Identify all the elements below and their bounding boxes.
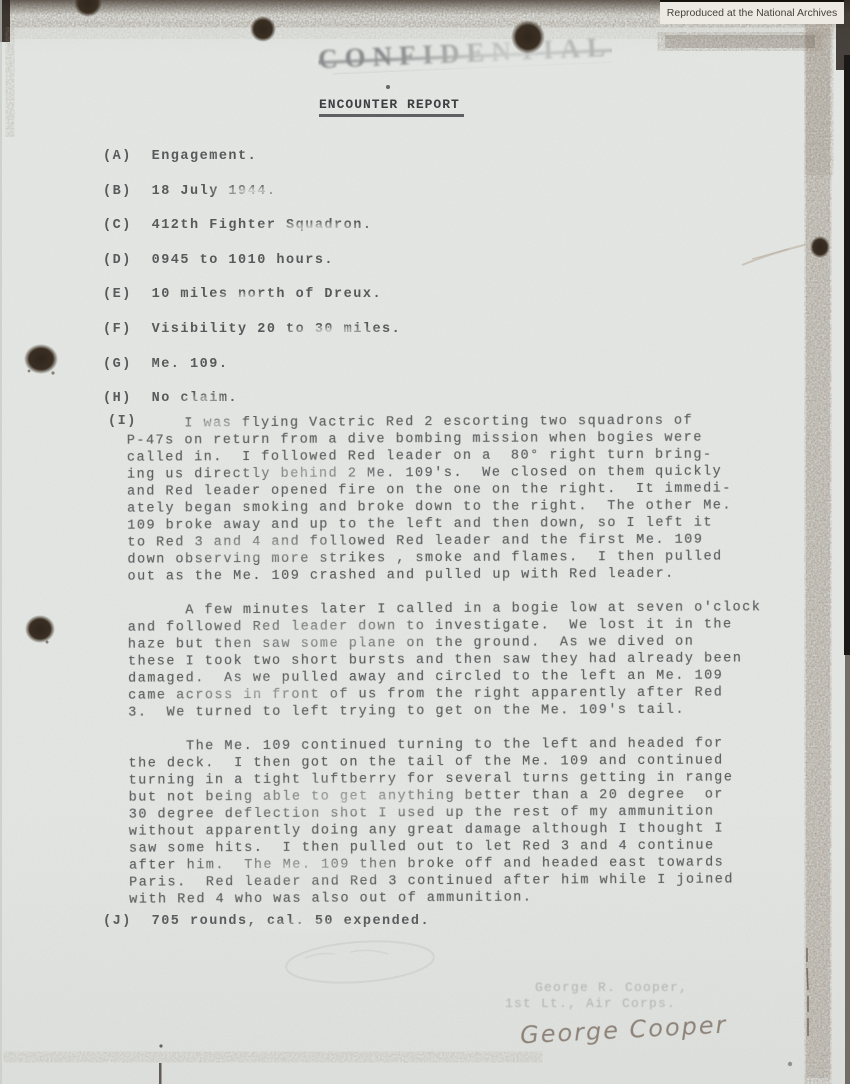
report-field-row: (A) Engagement. xyxy=(103,140,401,175)
ink-blob xyxy=(25,615,55,643)
field-label: (F) xyxy=(103,313,142,348)
stray-dot xyxy=(386,85,390,89)
right-smudge-tint xyxy=(665,35,815,48)
report-field-row: (F) Visibility 20 to 30 miles. xyxy=(103,313,401,348)
typed-signature-block: George R. Cooper, 1st Lt., Air Corps. xyxy=(505,980,688,1012)
faint-stamp-trace-squiggle xyxy=(305,950,388,958)
report-field-row: (D) 0945 to 1010 hours. xyxy=(103,244,401,279)
ink-speck xyxy=(28,370,31,373)
national-archives-stamp: Reproduced at the National Archives xyxy=(660,0,844,24)
right-page-edge-line xyxy=(844,55,850,655)
confidential-stamp: ✱ CONFIDENTIAL xyxy=(317,32,612,75)
national-archives-stamp-text: Reproduced at the National Archives xyxy=(667,7,837,19)
top-grain-band-soft xyxy=(0,22,850,38)
narrative-paragraph: A few minutes later I called in a bogie … xyxy=(128,599,769,721)
field-value: 412th Fighter Squadron. xyxy=(152,218,373,233)
field-label: (C) xyxy=(103,209,142,244)
faint-stamp-trace xyxy=(285,937,435,987)
report-title: ENCOUNTER REPORT xyxy=(319,97,464,117)
report-fields: (A) Engagement. (B) 18 July 1944. (C) 41… xyxy=(103,140,401,417)
right-smudge-band xyxy=(665,33,815,50)
ammo-label: (J) xyxy=(103,914,142,929)
field-value: 10 miles north of Dreux. xyxy=(152,287,382,302)
narrative-paragraphs: I was flying Vactric Red 2 escorting two… xyxy=(127,412,770,925)
field-label: (H) xyxy=(103,382,142,417)
report-field-row: (B) 18 July 1944. xyxy=(103,175,401,210)
narrative-paragraph: I was flying Vactric Red 2 escorting two… xyxy=(127,412,768,585)
field-label: (D) xyxy=(103,244,142,279)
bottom-ink-speck xyxy=(159,1044,162,1047)
fold-line xyxy=(807,948,808,1036)
field-value: Engagement. xyxy=(152,149,258,164)
scanned-encounter-report-page: ✱ CONFIDENTIAL ENCOUNTER REPORT (A) Enga… xyxy=(0,0,850,1084)
field-label: (G) xyxy=(103,348,142,383)
bottom-smudge-streak xyxy=(28,1052,518,1062)
field-value: 0945 to 1010 hours. xyxy=(152,253,334,268)
bottom-pen-mark xyxy=(159,1063,162,1084)
narrative-paragraph: The Me. 109 continued turning to the lef… xyxy=(128,735,769,908)
field-value: Me. 109. xyxy=(152,357,229,372)
field-value: 18 July 1944. xyxy=(152,184,277,199)
typed-signature-rank: 1st Lt., Air Corps. xyxy=(505,996,688,1012)
ink-blob xyxy=(810,236,830,258)
right-grain-strip-dark xyxy=(806,28,832,168)
ink-speck xyxy=(46,641,49,644)
ammo-row: (J) 705 rounds, cal. 50 expended. xyxy=(103,914,430,929)
ink-speck xyxy=(51,371,54,374)
field-label: (E) xyxy=(103,278,142,313)
report-field-row: (H) No claim. xyxy=(103,382,401,417)
left-page-edge-line xyxy=(0,0,2,1084)
crease-scratch xyxy=(752,249,788,259)
report-field-row: (G) Me. 109. xyxy=(103,348,401,383)
typed-signature-name: George R. Cooper, xyxy=(505,980,688,996)
ink-blob xyxy=(24,344,58,374)
right-grain-tint xyxy=(806,28,830,1078)
left-corner-dark xyxy=(0,0,10,42)
right-page-edge-line-lower xyxy=(845,655,850,1084)
field-value: No claim. xyxy=(152,391,238,406)
report-field-row: (E) 10 miles north of Dreux. xyxy=(103,278,401,313)
stamp-asterisk-mark: ✱ xyxy=(294,54,309,75)
right-grain-strip xyxy=(806,28,830,1078)
field-label: (B) xyxy=(103,175,142,210)
hole-punch-dot xyxy=(74,0,102,17)
bottom-ink-speck xyxy=(788,1062,792,1066)
handwritten-signature: George Cooper xyxy=(519,1011,728,1050)
field-value: Visibility 20 to 30 miles. xyxy=(152,322,402,337)
field-label: (A) xyxy=(103,140,142,175)
ammo-value: 705 rounds, cal. 50 expended. xyxy=(152,914,430,929)
crease-scratch xyxy=(742,244,808,265)
hole-punch-dot xyxy=(250,16,276,42)
report-field-row: (C) 412th Fighter Squadron. xyxy=(103,209,401,244)
left-edge-streak xyxy=(6,32,14,132)
